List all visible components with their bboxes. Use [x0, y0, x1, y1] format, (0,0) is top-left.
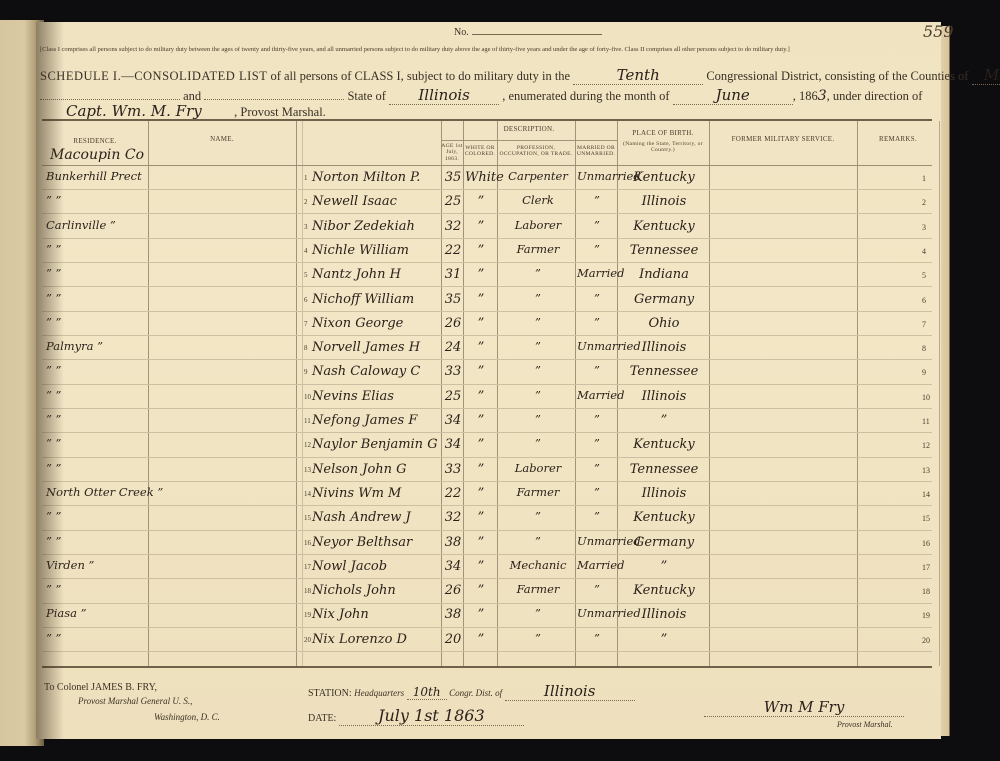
cell-profession: ”	[500, 365, 576, 377]
cell-married: Married	[577, 268, 617, 280]
row-number-right: 20	[922, 636, 930, 645]
cell-age: 22	[444, 487, 462, 500]
cell-residence: ” ”	[46, 438, 146, 450]
cell-name: Neyor Belthsar	[312, 536, 440, 549]
schedule-title: SCHEDULE I.—CONSOLIDATED LIST	[40, 69, 267, 83]
cell-birth: ”	[620, 560, 708, 573]
residence-county: Macoupin Co	[50, 147, 144, 163]
cell-name: Newell Isaac	[312, 195, 440, 208]
row-number-right: 14	[922, 490, 930, 499]
row-number-right: 8	[922, 344, 926, 353]
row-number-right: 13	[922, 466, 930, 475]
row-number-right: 1	[922, 174, 926, 183]
cell-color: ”	[465, 511, 497, 524]
county-field: Macoupin	[972, 66, 1000, 85]
cell-profession: ”	[500, 511, 576, 523]
station-label: STATION:	[308, 688, 352, 699]
cell-married: ”	[577, 633, 617, 645]
row-number: 10	[304, 393, 311, 401]
folio-number: 559	[923, 22, 954, 41]
header-name: NAME.	[148, 135, 296, 143]
cell-age: 25	[444, 390, 462, 403]
cell-profession: ”	[500, 317, 576, 329]
station-text-2: Congr. Dist. of	[449, 688, 502, 698]
cell-married: ”	[577, 365, 617, 377]
station-district: 10th	[407, 685, 447, 700]
month-field: June	[673, 86, 793, 105]
cell-profession: ”	[500, 536, 576, 548]
class-note: [Class I comprises all persons subject t…	[40, 46, 790, 53]
cell-age: 34	[444, 560, 462, 573]
row-number-right: 12	[922, 441, 930, 450]
cell-birth: Kentucky	[620, 511, 708, 524]
cell-residence: ” ”	[46, 463, 146, 475]
signature-title: Provost Marshal.	[837, 720, 893, 729]
cell-age: 33	[444, 365, 462, 378]
cell-birth: Kentucky	[620, 220, 708, 233]
cell-profession: Farmer	[500, 244, 576, 256]
marshal-label: , Provost Marshal.	[234, 105, 326, 119]
cell-color: ”	[465, 608, 497, 621]
and-label: and	[183, 89, 201, 103]
row-number: 6	[304, 296, 308, 304]
cell-married: ”	[577, 293, 617, 305]
cell-birth: Kentucky	[620, 438, 708, 451]
cell-residence: North Otter Creek ”	[46, 487, 146, 499]
station-text: Headquarters	[354, 688, 404, 698]
year-prefix: , 186	[793, 89, 818, 103]
enumerated-label: , enumerated during the month of	[502, 89, 669, 103]
cell-age: 25	[444, 195, 462, 208]
station-line: STATION: Headquarters 10th Congr. Dist. …	[308, 682, 635, 701]
row-number: 12	[304, 441, 311, 449]
cell-residence: ” ”	[46, 268, 146, 280]
cell-residence: Piasa ”	[46, 608, 146, 620]
cell-married: Unmarried	[577, 608, 617, 620]
row-number-right: 18	[922, 587, 930, 596]
cell-married: Unmarried	[577, 536, 617, 548]
cell-birth: Tennessee	[620, 463, 708, 476]
year-digit: 3	[818, 88, 827, 104]
cell-married: ”	[577, 195, 617, 207]
row-number: 7	[304, 320, 308, 328]
cell-residence: ” ”	[46, 244, 146, 256]
row-number: 16	[304, 539, 311, 547]
cell-birth: ”	[620, 633, 708, 646]
cell-married: ”	[577, 511, 617, 523]
cell-married: ”	[577, 438, 617, 450]
cell-color: ”	[465, 633, 497, 646]
cell-birth: Tennessee	[620, 244, 708, 257]
header-color: WHITE OR COLORED.	[463, 145, 497, 158]
cell-name: Naylor Benjamin G	[312, 438, 440, 451]
number-line	[472, 24, 602, 35]
cell-color: ”	[465, 195, 497, 208]
row-number-right: 9	[922, 368, 926, 377]
cell-birth: Indiana	[620, 268, 708, 281]
direction-label: , under direction of	[827, 89, 923, 103]
cell-profession: Clerk	[500, 195, 576, 207]
cell-age: 32	[444, 220, 462, 233]
cell-color: ”	[465, 293, 497, 306]
cell-color: ”	[465, 536, 497, 549]
cell-name: Nichoff William	[312, 293, 440, 306]
cell-profession: Mechanic	[500, 560, 576, 572]
cell-name: Nefong James F	[312, 414, 440, 427]
cell-birth: Illinois	[620, 390, 708, 403]
cell-residence: Bunkerhill Prect	[46, 171, 146, 183]
row-number: 5	[304, 271, 308, 279]
row-number: 9	[304, 368, 308, 376]
row-number: 19	[304, 611, 311, 619]
cell-color: ”	[465, 438, 497, 451]
cell-residence: ” ”	[46, 195, 146, 207]
row-number-right: 15	[922, 514, 930, 523]
row-number-right: 5	[922, 271, 926, 280]
cell-name: Nivins Wm M	[312, 487, 440, 500]
cell-married: ”	[577, 463, 617, 475]
cell-residence: Carlinville ”	[46, 220, 146, 232]
header-remarks: REMARKS.	[857, 135, 939, 143]
cell-color: ”	[465, 244, 497, 257]
cell-name: Nix John	[312, 608, 440, 621]
cell-age: 26	[444, 584, 462, 597]
cell-profession: ”	[500, 438, 576, 450]
cell-color: White	[465, 171, 497, 184]
to-place: Washington, D. C.	[154, 712, 220, 722]
date-field: July 1st 1863	[339, 706, 524, 726]
row-number: 4	[304, 247, 308, 255]
cell-profession: ”	[500, 293, 576, 305]
schedule-text-1: of all persons of CLASS I, subject to do…	[270, 69, 570, 83]
cell-age: 33	[444, 463, 462, 476]
row-number: 2	[304, 198, 308, 206]
cell-profession: ”	[500, 633, 576, 645]
date-line: DATE: July 1st 1863	[308, 706, 524, 726]
cell-married: ”	[577, 414, 617, 426]
header-military: FORMER MILITARY SERVICE.	[709, 135, 857, 143]
cell-name: Nash Andrew J	[312, 511, 440, 524]
signature: Wm M Fry	[704, 698, 904, 717]
header-married: MARRIED OR UNMARRIED.	[575, 145, 617, 158]
row-number-right: 16	[922, 539, 930, 548]
cell-name: Nash Caloway C	[312, 365, 440, 378]
cell-birth: Kentucky	[620, 171, 708, 184]
cell-age: 32	[444, 511, 462, 524]
cell-birth: Illinois	[620, 608, 708, 621]
cell-profession: Laborer	[500, 463, 576, 475]
cell-color: ”	[465, 487, 497, 500]
cell-color: ”	[465, 414, 497, 427]
number-label: No.	[454, 27, 469, 38]
row-number: 15	[304, 514, 311, 522]
state-field: Illinois	[389, 86, 499, 105]
cell-residence: ” ”	[46, 365, 146, 377]
cell-age: 20	[444, 633, 462, 646]
cell-color: ”	[465, 365, 497, 378]
cell-profession: Carpenter	[500, 171, 576, 183]
cell-name: Nelson John G	[312, 463, 440, 476]
row-number-right: 10	[922, 393, 930, 402]
cell-name: Nowl Jacob	[312, 560, 440, 573]
cell-residence: ” ”	[46, 536, 146, 548]
cell-age: 24	[444, 341, 462, 354]
header-profession: PROFESSION, OCCUPATION, OR TRADE.	[497, 145, 575, 158]
cell-birth: ”	[620, 414, 708, 427]
cell-color: ”	[465, 220, 497, 233]
row-number: 1	[304, 174, 308, 182]
header-description: DESCRIPTION.	[441, 125, 617, 133]
enrollment-table: RESIDENCE. Macoupin Co NAME. DESCRIPTION…	[42, 119, 932, 668]
cell-name: Nibor Zedekiah	[312, 220, 440, 233]
row-number: 17	[304, 563, 311, 571]
row-number: 13	[304, 466, 311, 474]
cell-married: Unmarried	[577, 341, 617, 353]
row-number-right: 17	[922, 563, 930, 572]
blank-county-field	[40, 99, 180, 100]
cell-profession: ”	[500, 341, 576, 353]
cell-married: Married	[577, 390, 617, 402]
row-number: 8	[304, 344, 308, 352]
row-number-right: 7	[922, 320, 926, 329]
cell-residence: Virden ”	[46, 560, 146, 572]
cell-married: ”	[577, 487, 617, 499]
cell-birth: Tennessee	[620, 365, 708, 378]
cell-name: Nichols John	[312, 584, 440, 597]
row-number-right: 3	[922, 223, 926, 232]
cell-residence: ” ”	[46, 293, 146, 305]
station-state: Illinois	[505, 682, 635, 701]
cell-name: Norton Milton P.	[312, 171, 440, 184]
cell-age: 35	[444, 171, 462, 184]
cell-profession: ”	[500, 608, 576, 620]
cell-birth: Kentucky	[620, 584, 708, 597]
cell-married: ”	[577, 584, 617, 596]
row-number-right: 11	[922, 417, 930, 426]
cell-name: Nevins Elias	[312, 390, 440, 403]
row-number: 18	[304, 587, 311, 595]
cell-profession: Farmer	[500, 584, 576, 596]
cell-married: Married	[577, 560, 617, 572]
cell-profession: Laborer	[500, 220, 576, 232]
cell-birth: Ohio	[620, 317, 708, 330]
cell-age: 26	[444, 317, 462, 330]
cell-residence: ” ”	[46, 317, 146, 329]
cell-age: 38	[444, 536, 462, 549]
row-number-right: 2	[922, 198, 926, 207]
cell-name: Nantz John H	[312, 268, 440, 281]
cell-age: 34	[444, 438, 462, 451]
row-number: 11	[304, 417, 311, 425]
cell-color: ”	[465, 584, 497, 597]
to-title: Provost Marshal General U. S.,	[78, 696, 192, 706]
header-age: AGE 1st July, 1863.	[441, 143, 463, 162]
cell-birth: Illinois	[620, 341, 708, 354]
cell-age: 22	[444, 244, 462, 257]
cell-profession: Farmer	[500, 487, 576, 499]
cell-residence: Palmyra ”	[46, 341, 146, 353]
cell-name: Nix Lorenzo D	[312, 633, 440, 646]
state-label: State of	[347, 89, 386, 103]
cell-color: ”	[465, 268, 497, 281]
cell-age: 31	[444, 268, 462, 281]
cell-married: ”	[577, 220, 617, 232]
row-number-right: 19	[922, 611, 930, 620]
header-birth: PLACE OF BIRTH.	[617, 129, 709, 137]
cell-color: ”	[465, 463, 497, 476]
cell-color: ”	[465, 390, 497, 403]
cell-profession: ”	[500, 414, 576, 426]
blank-county-field-2	[204, 99, 344, 100]
row-number: 20	[304, 636, 311, 644]
cell-birth: Illinois	[620, 487, 708, 500]
cell-birth: Germany	[620, 293, 708, 306]
header-residence: RESIDENCE.	[42, 137, 148, 145]
cell-color: ”	[465, 560, 497, 573]
register-page: No. 559 [Class I comprises all persons s…	[36, 22, 941, 739]
cell-residence: ” ”	[46, 414, 146, 426]
header-birth-note: (Naming the State, Territory, or Country…	[620, 141, 706, 154]
schedule-text-2: Congressional District, consisting of th…	[706, 69, 968, 83]
schedule-line-1: SCHEDULE I.—CONSOLIDATED LIST of all per…	[40, 66, 1000, 85]
cell-age: 34	[444, 414, 462, 427]
cell-birth: Germany	[620, 536, 708, 549]
to-line: To Colonel JAMES B. FRY,	[44, 682, 157, 693]
cell-married: Unmarried	[577, 171, 617, 183]
cell-name: Norvell James H	[312, 341, 440, 354]
signature-block: Wm M Fry	[704, 698, 904, 717]
cell-age: 35	[444, 293, 462, 306]
cell-residence: ” ”	[46, 390, 146, 402]
cell-married: ”	[577, 317, 617, 329]
cell-residence: ” ”	[46, 584, 146, 596]
cell-profession: ”	[500, 390, 576, 402]
row-number-right: 4	[922, 247, 926, 256]
cell-color: ”	[465, 341, 497, 354]
cell-married: ”	[577, 244, 617, 256]
cell-name: Nixon George	[312, 317, 440, 330]
row-number-right: 6	[922, 296, 926, 305]
cell-name: Nichle William	[312, 244, 440, 257]
cell-color: ”	[465, 317, 497, 330]
cell-birth: Illinois	[620, 195, 708, 208]
cell-age: 38	[444, 608, 462, 621]
row-number: 14	[304, 490, 311, 498]
district-field: Tenth	[573, 66, 703, 85]
row-number: 3	[304, 223, 308, 231]
cell-profession: ”	[500, 268, 576, 280]
cell-residence: ” ”	[46, 633, 146, 645]
date-label: DATE:	[308, 713, 336, 724]
cell-residence: ” ”	[46, 511, 146, 523]
